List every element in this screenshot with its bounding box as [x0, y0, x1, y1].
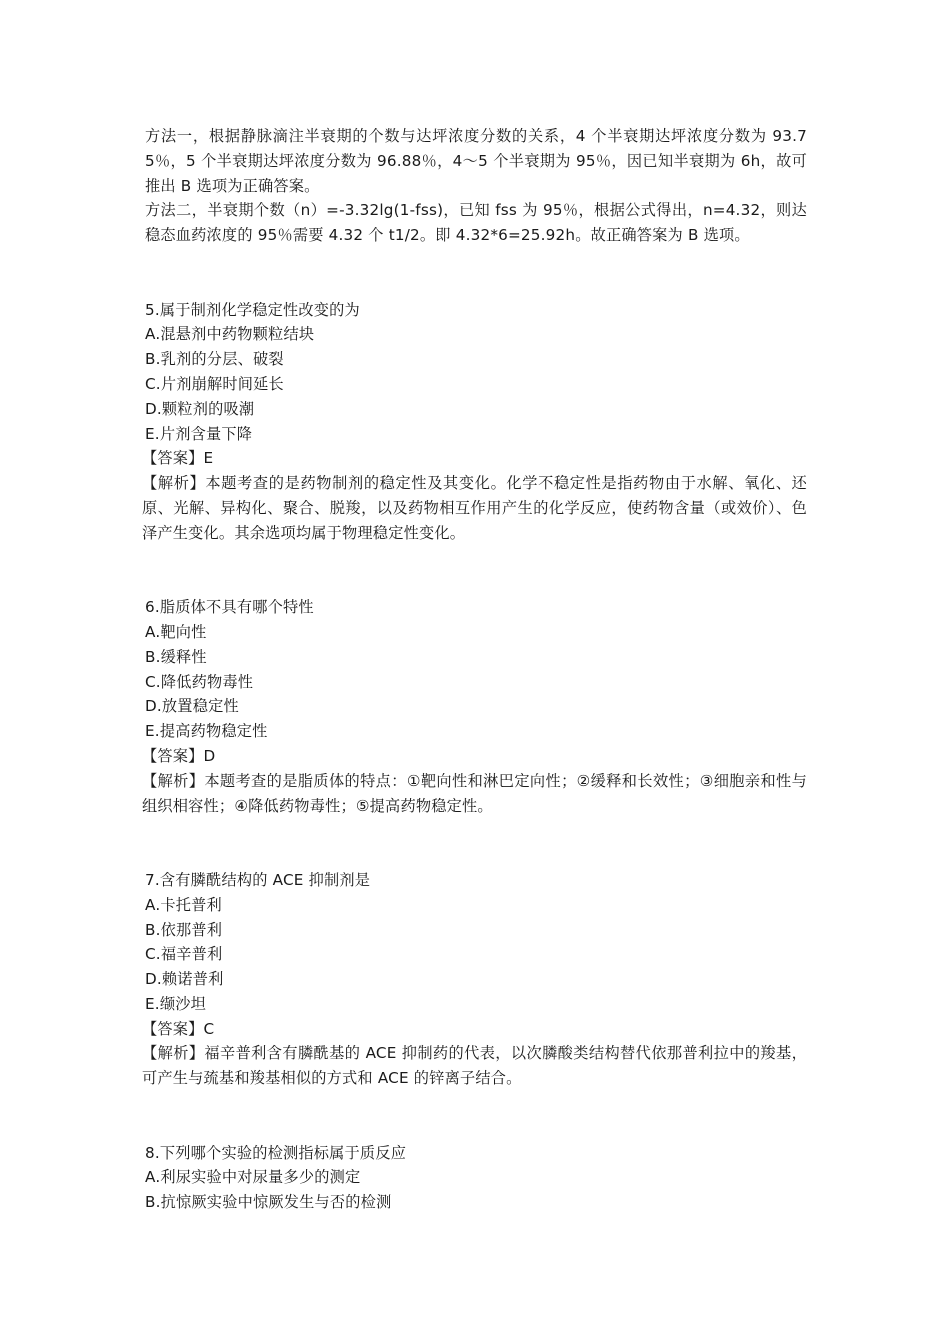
option-b: B.依那普利 [145, 918, 807, 943]
question-stem: 7.含有膦酰结构的 ACE 抑制剂是 [145, 868, 807, 893]
question-6: 6.脂质体不具有哪个特性 A.靶向性 B.缓释性 C.降低药物毒性 D.放置稳定… [145, 595, 807, 818]
option-d: D.赖诺普利 [145, 967, 807, 992]
method-two-text: 方法二，半衰期个数（n）=-3.32lg(1-fss)，已知 fss 为 95％… [145, 198, 807, 248]
question-7: 7.含有膦酰结构的 ACE 抑制剂是 A.卡托普利 B.依那普利 C.福辛普利 … [145, 868, 807, 1091]
answer-line: 【答案】C [142, 1017, 807, 1042]
analysis-text: 【解析】福辛普利含有膦酰基的 ACE 抑制药的代表，以次膦酸类结构替代依那普利拉… [142, 1041, 807, 1091]
option-c: C.福辛普利 [145, 942, 807, 967]
method-one-text: 方法一，根据静脉滴注半衰期的个数与达坪浓度分数的关系，4 个半衰期达坪浓度分数为… [145, 124, 807, 198]
option-d: D.颗粒剂的吸潮 [145, 397, 807, 422]
option-d: D.放置稳定性 [145, 694, 807, 719]
option-a: A.卡托普利 [145, 893, 807, 918]
question-5: 5.属于制剂化学稳定性改变的为 A.混悬剂中药物颗粒结块 B.乳剂的分层、破裂 … [145, 298, 807, 546]
answer-line: 【答案】E [142, 446, 807, 471]
option-a: A.混悬剂中药物颗粒结块 [145, 322, 807, 347]
option-a: A.靶向性 [145, 620, 807, 645]
analysis-text: 【解析】本题考查的是药物制剂的稳定性及其变化。化学不稳定性是指药物由于水解、氧化… [142, 471, 807, 545]
spacer [145, 546, 807, 596]
document-page: 方法一，根据静脉滴注半衰期的个数与达坪浓度分数的关系，4 个半衰期达坪浓度分数为… [145, 124, 807, 1215]
option-b: B.缓释性 [145, 645, 807, 670]
spacer [145, 1091, 807, 1141]
question-8: 8.下列哪个实验的检测指标属于质反应 A.利尿实验中对尿量多少的测定 B.抗惊厥… [145, 1141, 807, 1215]
answer-line: 【答案】D [142, 744, 807, 769]
spacer [145, 818, 807, 868]
question-stem: 6.脂质体不具有哪个特性 [145, 595, 807, 620]
analysis-text: 【解析】本题考查的是脂质体的特点：①靶向性和淋巴定向性；②缓释和长效性；③细胞亲… [142, 769, 807, 819]
option-c: C.降低药物毒性 [145, 670, 807, 695]
spacer [145, 248, 807, 298]
option-e: E.提高药物稳定性 [145, 719, 807, 744]
option-a: A.利尿实验中对尿量多少的测定 [145, 1165, 807, 1190]
question-stem: 8.下列哪个实验的检测指标属于质反应 [145, 1141, 807, 1166]
option-e: E.片剂含量下降 [145, 422, 807, 447]
option-b: B.乳剂的分层、破裂 [145, 347, 807, 372]
option-e: E.缬沙坦 [145, 992, 807, 1017]
option-c: C.片剂崩解时间延长 [145, 372, 807, 397]
option-b: B.抗惊厥实验中惊厥发生与否的检测 [145, 1190, 807, 1215]
question-stem: 5.属于制剂化学稳定性改变的为 [145, 298, 807, 323]
previous-analysis-continuation: 方法一，根据静脉滴注半衰期的个数与达坪浓度分数的关系，4 个半衰期达坪浓度分数为… [145, 124, 807, 248]
